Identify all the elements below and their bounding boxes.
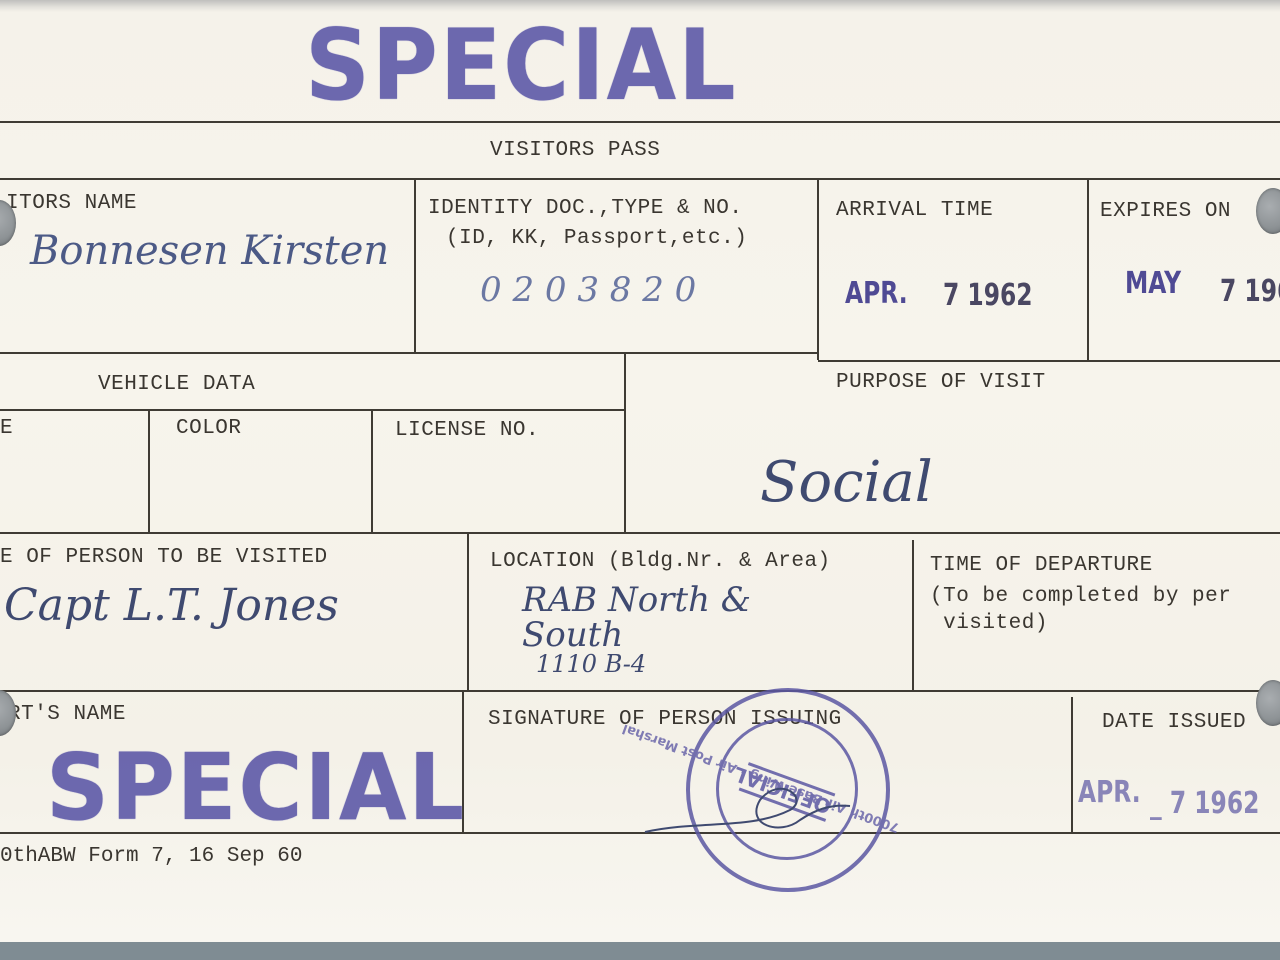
vrule-row1-a	[414, 178, 416, 353]
vrule-row4-b	[1071, 697, 1073, 833]
arrival-time-month: APR.	[845, 276, 908, 311]
punch-hole-left-bottom	[0, 690, 16, 736]
rule-row1-bottom-right	[818, 360, 1280, 362]
person-visited-value: Capt L.T. Jones	[4, 580, 339, 631]
pass-title: VISITORS PASS	[490, 138, 660, 164]
arrival-time-dayyear: 7 1962	[943, 278, 1033, 313]
identity-doc-label: IDENTITY DOC.,TYPE & NO.	[428, 196, 742, 222]
vrule-row3-a	[467, 532, 469, 691]
visitors-name-value: Bonnesen Kirsten	[30, 228, 389, 274]
identity-doc-sublabel: (ID, KK, Passport,etc.)	[446, 226, 747, 252]
special-stamp-top: SPECIAL	[305, 14, 737, 118]
form-number: 0thABW Form 7, 16 Sep 60	[0, 845, 302, 868]
person-visited-label: E OF PERSON TO BE VISITED	[0, 545, 328, 571]
departure-note-line2: visited)	[930, 611, 1048, 637]
rule-row3-bottom	[0, 690, 1280, 692]
expires-on-month: MAY	[1125, 266, 1181, 301]
vrule-row1-c	[1087, 178, 1089, 360]
vehicle-data-header: VEHICLE DATA	[98, 372, 255, 398]
vrule-vehicle-b	[371, 409, 373, 533]
date-issued-label: DATE ISSUED	[1102, 710, 1246, 736]
date-issued-dayyear: _ 7 1962	[1150, 786, 1259, 821]
purpose-value: Social	[760, 450, 933, 515]
rule-row1-bottom-left	[0, 352, 818, 354]
departure-label: TIME OF DEPARTURE	[930, 553, 1153, 579]
visitor-pass-document: SPECIAL VISITORS PASS ITORS NAME Bonnese…	[0, 0, 1280, 942]
vehicle-col-color-label: COLOR	[176, 416, 242, 442]
location-value-line1: RAB North &	[522, 580, 751, 620]
location-value-line2: South	[522, 615, 623, 655]
vehicle-col-make-label: E	[0, 416, 13, 442]
special-stamp-escort: SPECIAL	[46, 738, 466, 838]
date-issued-month: APR.	[1078, 775, 1141, 810]
purpose-label: PURPOSE OF VISIT	[836, 370, 1046, 396]
vrule-row3-b	[912, 540, 914, 691]
punch-hole-right-top	[1256, 188, 1280, 234]
location-label: LOCATION (Bldg.Nr. & Area)	[490, 549, 831, 575]
expires-on-label: EXPIRES ON	[1100, 199, 1231, 225]
expires-on-dayyear: 7 196	[1220, 274, 1280, 309]
location-value-line3: 1110 B-4	[536, 650, 646, 678]
punch-hole-right-bottom	[1256, 680, 1280, 726]
arrival-time-label: ARRIVAL TIME	[836, 198, 993, 224]
vrule-row1-b	[817, 178, 819, 360]
vrule-vehicle-a	[148, 409, 150, 533]
rule-vehicle-header	[0, 409, 625, 411]
vrule-row2-purpose	[624, 352, 626, 533]
visitors-name-label: ITORS NAME	[6, 191, 137, 217]
rule-row2-bottom	[0, 532, 1280, 534]
escort-name-label: RT'S NAME	[8, 702, 126, 728]
rule-top	[0, 121, 1280, 123]
departure-note-line1: (To be completed by per	[930, 584, 1231, 610]
identity-doc-value: 0 2 0 3 8 2 0	[480, 270, 696, 310]
vehicle-col-license-label: LICENSE NO.	[395, 418, 539, 444]
issuer-signature	[640, 770, 860, 840]
